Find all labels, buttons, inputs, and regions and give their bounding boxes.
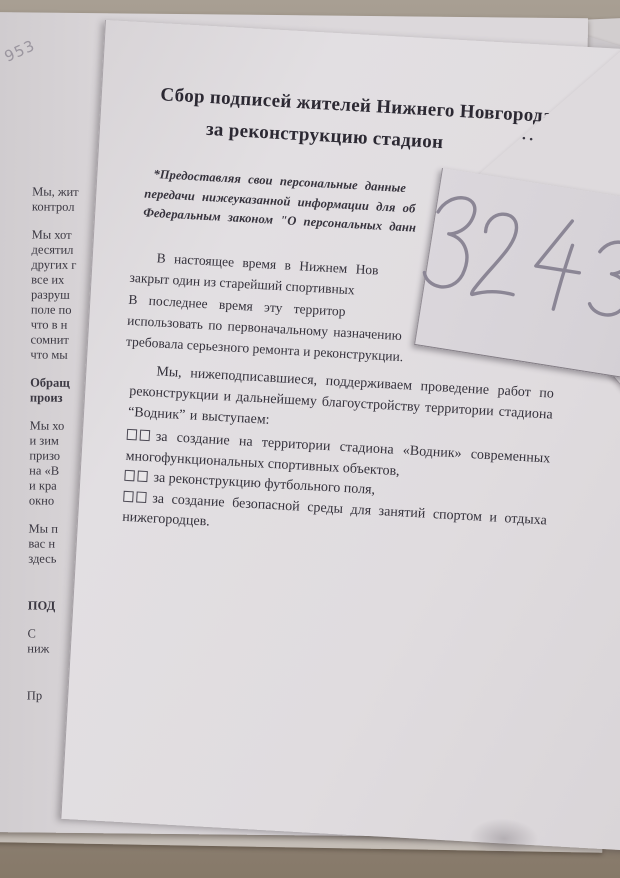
checkbox-icon	[127, 429, 138, 441]
checkbox-icon	[123, 490, 134, 502]
checkbox-icon	[136, 491, 147, 503]
checkbox-icon	[124, 470, 135, 482]
handwritten-number-text: 3243	[443, 168, 444, 169]
stray-ink-dots: ··	[520, 130, 537, 150]
demands-list: за создание на территории стадиона «Водн…	[122, 426, 551, 552]
shadow-smudge	[468, 817, 540, 861]
checkbox-icon	[137, 471, 148, 483]
handwritten-number	[410, 180, 620, 337]
checkbox-icon	[140, 430, 151, 442]
